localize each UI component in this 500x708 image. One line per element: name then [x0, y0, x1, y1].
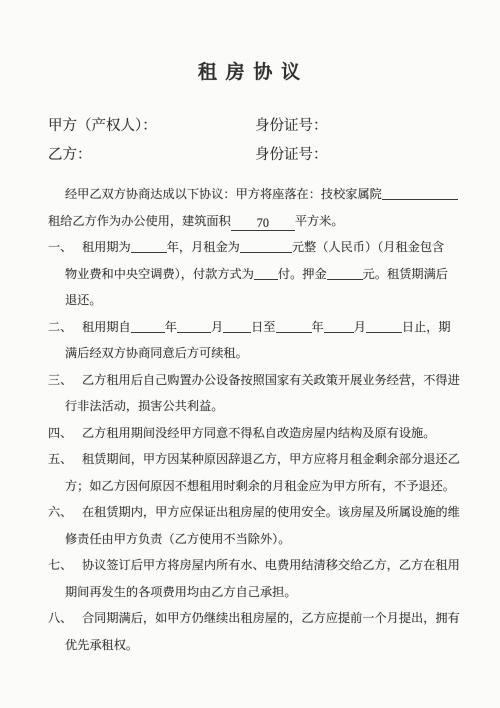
clause-text: 期间再发生的各项费用均由乙方自己承担。	[65, 585, 297, 599]
fill-in-blank	[240, 238, 292, 253]
clause-text: 修责任由甲方负责（乙方使用不当除外）。	[65, 532, 290, 546]
page-title: 租 房 协 议	[0, 57, 500, 84]
clause-text: 日止，期	[402, 320, 451, 334]
clause-number: 一、	[48, 234, 82, 261]
intro-line: 经甲乙双方协商达成以下协议：甲方将座落在：技校家属院	[48, 181, 488, 208]
clause-4-line: 四、乙方租用期间没经甲方同意不得私自改造房屋内结构及原有设施。	[48, 420, 488, 447]
clause-text: 租用期自	[82, 320, 131, 334]
clause-text: 行非法活动，损害公共利益。	[65, 399, 223, 413]
clause-number: 三、	[48, 367, 82, 394]
clause-text: 物业费和中央空调费），付款方式为	[65, 267, 254, 281]
rental-agreement-document: 租 房 协 议 甲方（产权人）： 身份证号： 乙方： 身份证号： 经甲乙双方协商…	[0, 0, 500, 708]
clause-number: 二、	[48, 314, 82, 341]
clause-5-line: 五、租赁期间，甲方因某种原因辞退乙方，甲方应将月租金剩余部分退还乙	[48, 446, 488, 473]
fill-in-blank	[254, 265, 278, 280]
fill-in-blank	[223, 318, 251, 333]
clause-8-line: 优先承租权。	[48, 632, 488, 659]
party-b-label: 乙方：	[48, 141, 255, 170]
party-a-row: 甲方（产权人）： 身份证号：	[48, 112, 328, 141]
fill-in-blank	[131, 238, 167, 253]
party-a-label: 甲方（产权人）：	[48, 112, 255, 141]
clause-number: 五、	[48, 446, 82, 473]
clause-3-line: 行非法活动，损害公共利益。	[48, 393, 488, 420]
clause-1-line: 退还。	[48, 287, 488, 314]
clause-text: 经甲乙双方协商达成以下协议：甲方将座落在：技校家属院	[65, 187, 382, 201]
clause-text: 满后经双方协商同意后方可续租。	[65, 346, 248, 360]
party-b-row: 乙方： 身份证号：	[48, 141, 328, 170]
clause-7-line: 期间再发生的各项费用均由乙方自己承担。	[48, 579, 488, 606]
clause-number: 六、	[48, 499, 82, 526]
clause-number: 七、	[48, 552, 82, 579]
clause-6-line: 六、在租赁期内，甲方应保证出租房屋的使用安全。该房屋及所属设施的维	[48, 499, 488, 526]
clause-text: 年	[312, 320, 324, 334]
clause-text: 租赁期间，甲方因某种原因辞退乙方，甲方应将月租金剩余部分退还乙	[82, 452, 460, 466]
clause-text: 元。租赁期满后	[363, 267, 448, 281]
clause-text: 方；如乙方因何原因不想租用时剩余的月租金应为甲方所有，不予退还。	[65, 479, 455, 493]
agreement-body: 经甲乙双方协商达成以下协议：甲方将座落在：技校家属院租给乙方作为办公使用，建筑面…	[48, 181, 488, 658]
clause-1-line: 物业费和中央空调费），付款方式为付。押金元。租赁期满后	[48, 261, 488, 288]
clause-number: 四、	[48, 420, 82, 447]
fill-in-blank	[366, 318, 402, 333]
clause-text: 优先承租权。	[65, 638, 138, 652]
clause-6-line: 修责任由甲方负责（乙方使用不当除外）。	[48, 526, 488, 553]
fill-in-blank: 70	[231, 216, 295, 231]
clause-text: 租用期为	[82, 240, 131, 254]
party-a-id-label: 身份证号：	[255, 112, 328, 141]
intro-line: 租给乙方作为办公使用，建筑面积70平方米。	[48, 208, 488, 235]
clause-text: 退还。	[65, 293, 102, 307]
fill-in-blank	[382, 185, 458, 200]
clause-text: 年	[165, 320, 177, 334]
clause-text: 日至	[251, 320, 275, 334]
clause-text: 平方米。	[295, 214, 344, 228]
clause-text: 年，月租金为	[167, 240, 240, 254]
clause-1-line: 一、租用期为年，月租金为元整（人民币）（月租金包含	[48, 234, 488, 261]
clause-text: 协议签订后甲方将房屋内所有水、电费用结清移交给乙方，乙方在租用	[82, 558, 460, 572]
party-b-id-label: 身份证号：	[255, 141, 328, 170]
clause-2-line: 二、租用期自年月日至年月日止，期	[48, 314, 488, 341]
clause-number: 八、	[48, 605, 82, 632]
clause-text: 付。押金	[278, 267, 327, 281]
clause-text: 乙方租用期间没经甲方同意不得私自改造房屋内结构及原有设施。	[82, 426, 435, 440]
clause-text: 合同期满后，如甲方仍继续出租房屋的，乙方应提前一个月提出，拥有	[82, 611, 460, 625]
clause-2-line: 满后经双方协商同意后方可续租。	[48, 340, 488, 367]
clause-text: 元整（人民币）（月租金包含	[292, 240, 444, 254]
fill-in-blank	[327, 265, 363, 280]
clause-text: 月	[354, 320, 366, 334]
clause-8-line: 八、合同期满后，如甲方仍继续出租房屋的，乙方应提前一个月提出，拥有	[48, 605, 488, 632]
fill-in-blank	[276, 318, 312, 333]
fill-in-blank	[131, 318, 165, 333]
clause-3-line: 三、乙方租用后自己购置办公设备按照国家有关政策开展业务经营，不得进	[48, 367, 488, 394]
fill-in-blank	[177, 318, 211, 333]
clause-text: 乙方租用后自己购置办公设备按照国家有关政策开展业务经营，不得进	[82, 373, 460, 387]
clause-text: 月	[211, 320, 223, 334]
parties-block: 甲方（产权人）： 身份证号： 乙方： 身份证号：	[48, 112, 328, 170]
clause-5-line: 方；如乙方因何原因不想租用时剩余的月租金应为甲方所有，不予退还。	[48, 473, 488, 500]
clause-7-line: 七、协议签订后甲方将房屋内所有水、电费用结清移交给乙方，乙方在租用	[48, 552, 488, 579]
clause-text: 租给乙方作为办公使用，建筑面积	[48, 214, 231, 228]
fill-in-blank	[324, 318, 354, 333]
clause-text: 在租赁期内，甲方应保证出租房屋的使用安全。该房屋及所属设施的维	[82, 505, 460, 519]
